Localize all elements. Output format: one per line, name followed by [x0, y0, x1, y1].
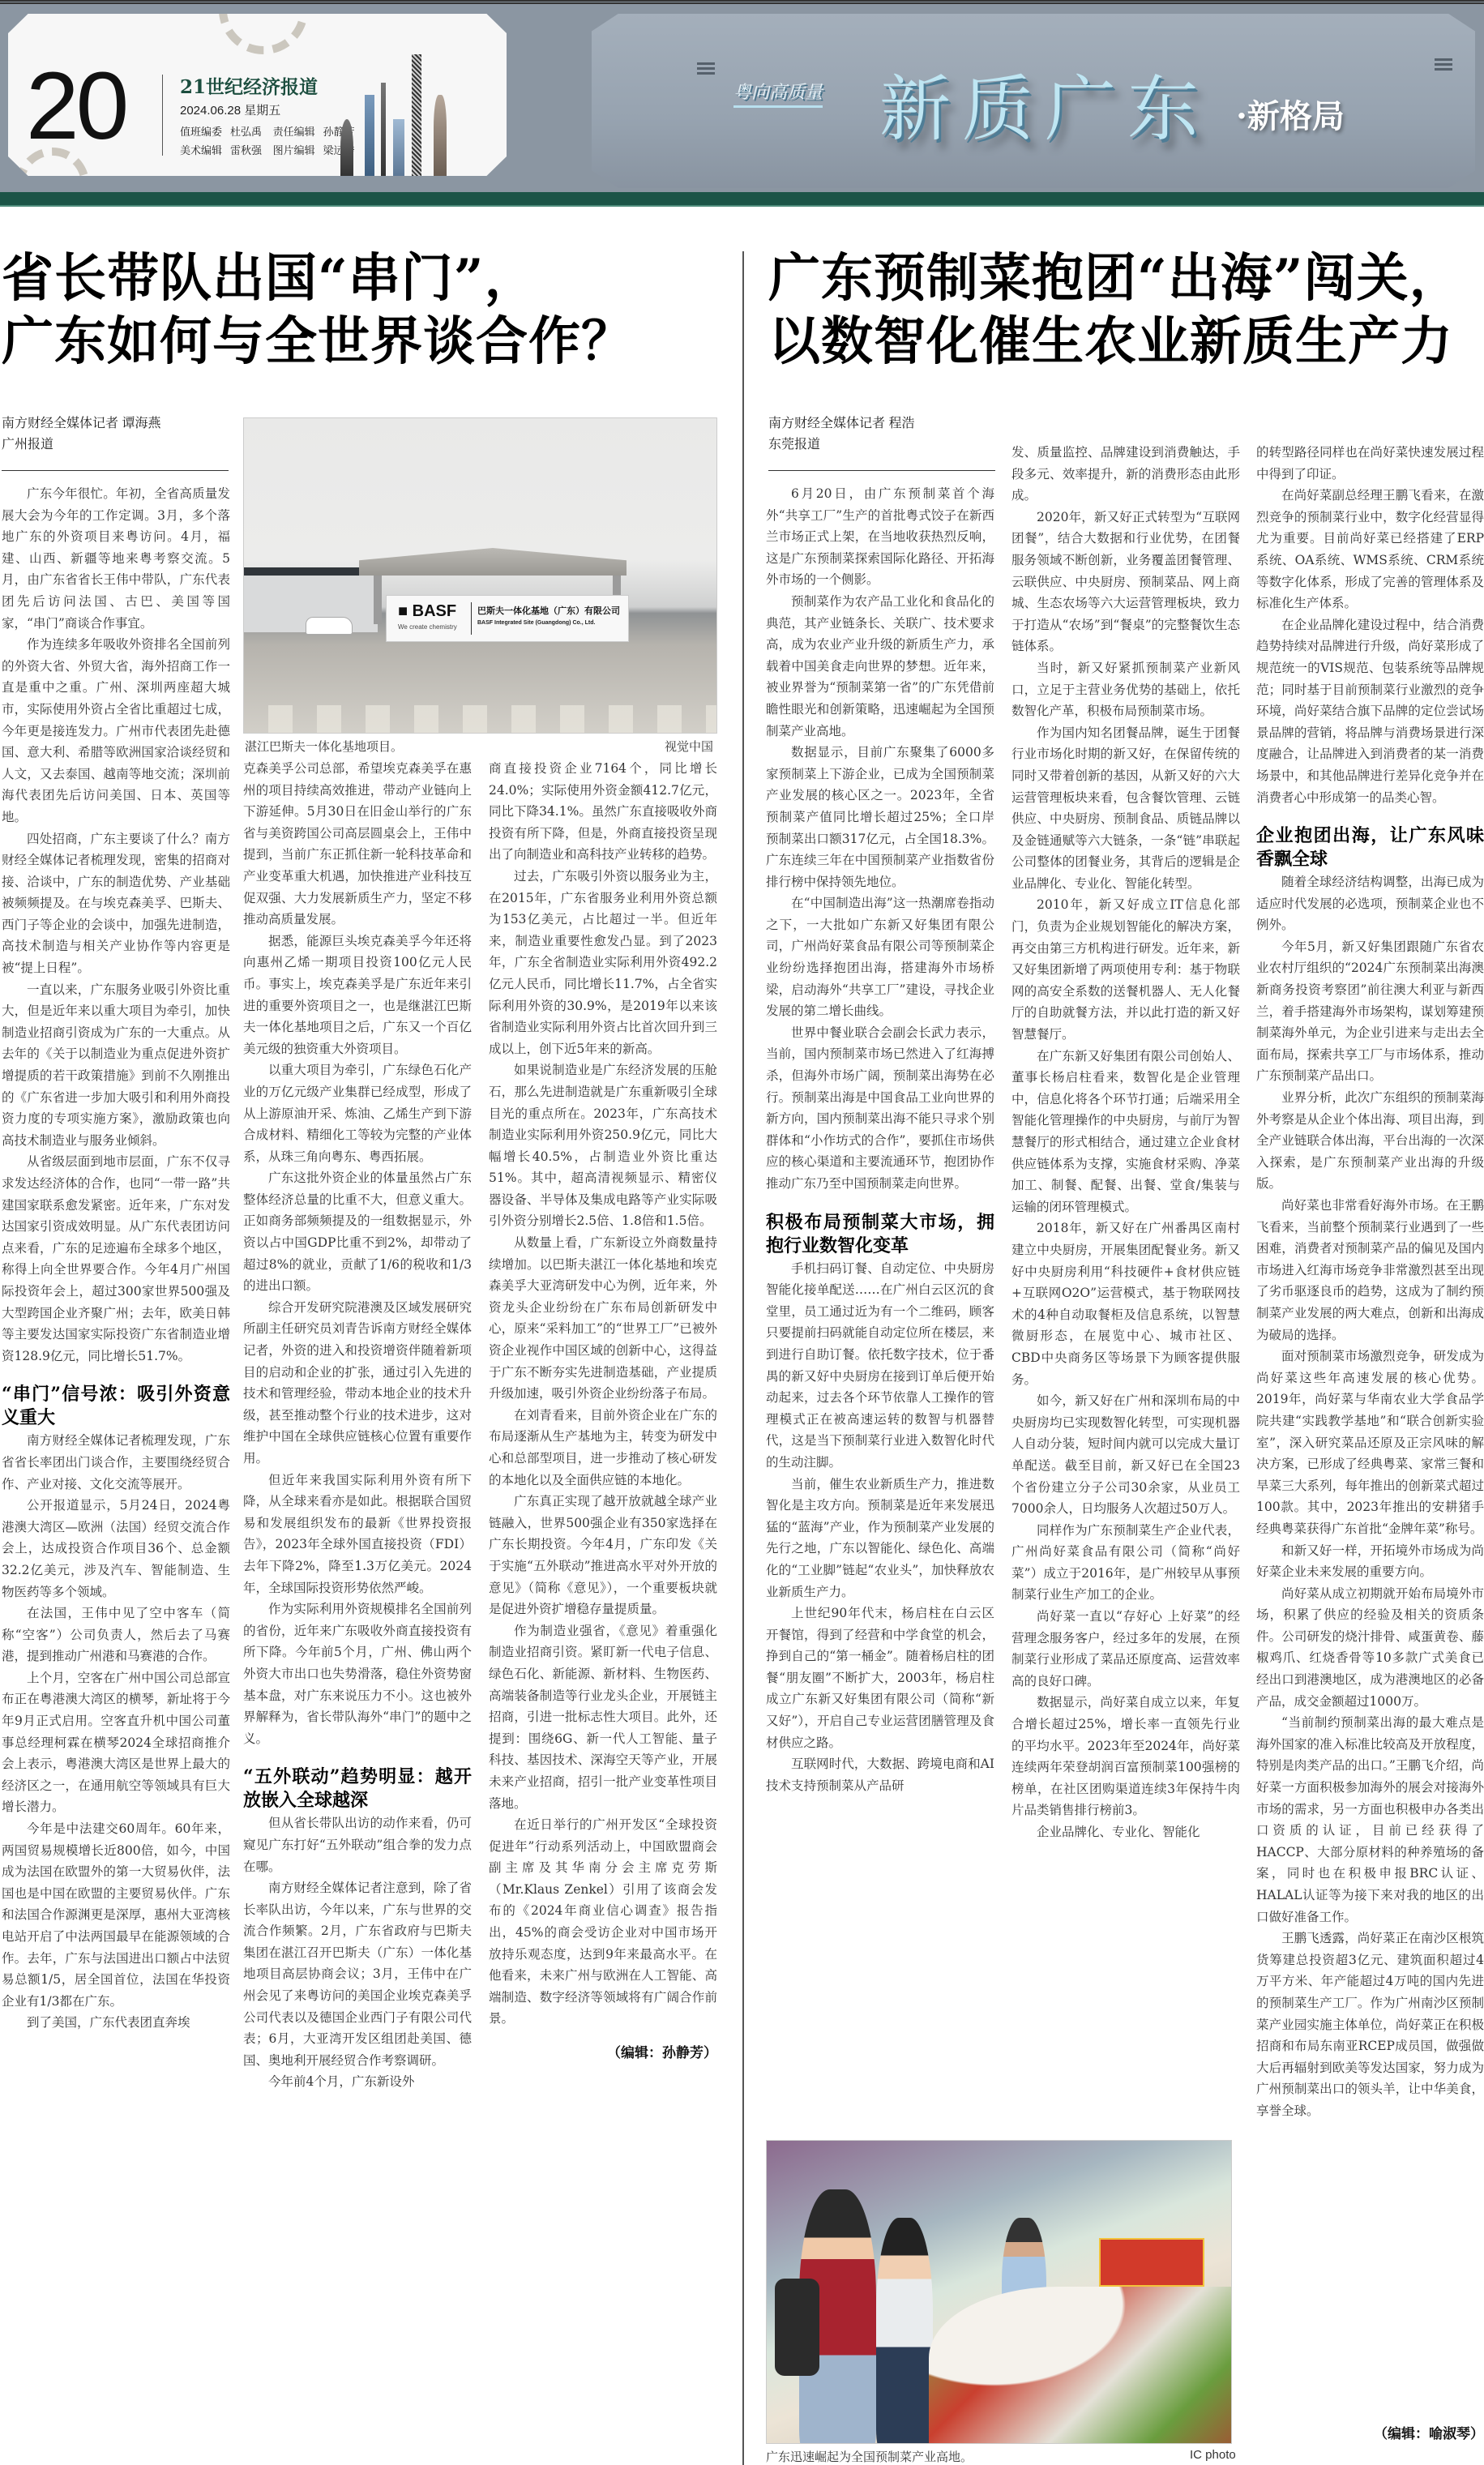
gate-canopy [359, 548, 627, 576]
right-article-column-2: 发、质量监控、品牌建设到消费触达，手段多元、效率提升，新的消费形态由此形成。 2… [1011, 442, 1240, 2125]
basf-sign: ■ BASF We create chemistry 巴斯夫一体化基地（广东）有… [386, 595, 629, 642]
left-article-byline: 南方财经全媒体记者 谭海燕 广州报道 [2, 413, 160, 456]
right-article-editor-wrap: （编辑：喻淑琴） [1256, 2424, 1484, 2456]
left-article-column-3: 商直接投资企业7164个，同比增长24.0%；实际使用外资金额412.7亿元，同… [489, 758, 717, 2465]
page-number: 20 [26, 58, 126, 154]
masthead-info-panel: 20 21世纪经济报道 2024.06.28 星期五 值班编委杜弘禹 责任编辑孙… [8, 14, 507, 176]
photo-credit: 视觉中国 [665, 738, 713, 755]
masthead-title-panel: 粤向高质量 新质广东 ·新格局 [592, 14, 1475, 188]
gear-decoration-icon [219, 0, 308, 54]
decorative-vent-icon [697, 62, 715, 75]
masthead-divider [162, 75, 163, 156]
byline-rule [768, 470, 995, 471]
prepared-food-expo-photo [766, 2140, 1232, 2444]
masthead: 20 21世纪经济报道 2024.06.28 星期五 值班编委杜弘禹 责任编辑孙… [0, 0, 1484, 207]
right-article-column-1: 6月20日，由广东预制菜首个海外“共享工厂”生产的首批粤式饺子在新西兰市场正式上… [766, 483, 994, 2125]
section-title: 新质广东 [879, 53, 1210, 155]
section-heading: 积极布局预制菜大市场，拥抱行业数智化变革 [766, 1211, 994, 1258]
product-display-table [929, 2287, 1232, 2444]
masthead-band [0, 192, 1484, 207]
photo-credit: IC photo [1190, 2448, 1236, 2462]
city-skyline-illustration [332, 46, 454, 176]
section-heading: “串门”信号浓：吸引外资意义重大 [2, 1383, 230, 1430]
basf-site-photo: ■ BASF We create chemistry 巴斯夫一体化基地（广东）有… [243, 417, 717, 734]
editor-credit: （编辑：喻淑琴） [1256, 2424, 1484, 2446]
issue-date: 2024.06.28 星期五 [180, 101, 280, 118]
photo-caption: 湛江巴斯夫一体化基地项目。 [245, 738, 403, 755]
section-heading: 企业抱团出海，让广东风味香飘全球 [1256, 824, 1484, 871]
byline-rule [2, 470, 229, 471]
editor-credit: （编辑：孙静芳） [489, 2043, 717, 2065]
visitor-figure [876, 2218, 933, 2444]
newspaper-name: 21世纪经济报道 [180, 72, 318, 99]
right-article-column-3: 的转型路径同样也在尚好菜快速发展过程中得到了印证。 在尚好菜副总经理王鹏飞看来，… [1256, 442, 1484, 2465]
left-article-column-1: 广东今年很忙。年初，全省高质量发展大会为今年的工作定调。3月，多个落地广东的外资… [2, 483, 230, 2465]
right-article-byline: 南方财经全媒体记者 程浩 东莞报道 [768, 413, 914, 456]
crosswalk [244, 705, 716, 733]
left-article-headline: 省长带队出国“串门”， 广东如何与全世界谈合作？ [2, 247, 723, 374]
product-boxes [1099, 2238, 1204, 2287]
car [306, 617, 353, 635]
backpack [775, 2279, 819, 2376]
section-heading: “五外联动”趋势明显：越开放嵌入全球越深 [243, 1765, 472, 1812]
section-slogan-small: 粤向高质量 [733, 79, 823, 108]
article-divider [742, 251, 744, 2465]
section-subtitle: ·新格局 [1236, 91, 1345, 137]
right-article-headline: 广东预制菜抱团“出海”闯关， 以数智化催生农业新质生产力 [768, 247, 1482, 374]
left-article-column-2: 克森美孚公司总部，希望埃克森美孚在惠州的项目持续高效推进，带动产业链向上下游延伸… [243, 758, 472, 2465]
decorative-vent-icon [1435, 58, 1452, 71]
photo-caption: 广东迅速崛起为全国预制菜产业高地。 [766, 2448, 973, 2465]
